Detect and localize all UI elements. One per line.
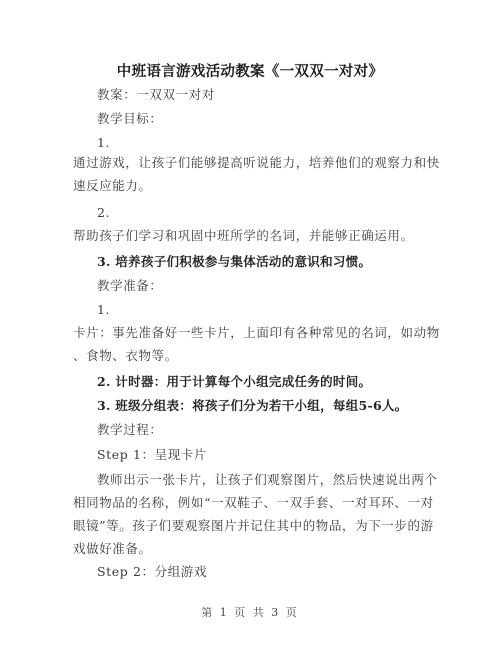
preparation-text: 卡片：事先准备好一些卡片，上面印有各种常见的名词，如动物 [73,325,418,341]
preparation-item: 2. 计时器：用于计算每个小组完成任务的时间。 [97,374,442,390]
document-page: 中班语言游戏活动教案《一双双一对对》 教案：一双双一对对 教学目标： 1. 通过… [0,0,500,647]
step-text-cont: 眼镜”等。孩子们要观察图片并记住其中的物品，为下一步的游 [73,518,418,534]
section-heading-process: 教学过程： [97,422,442,438]
step-text: 教师出示一张卡片，让孩子们观察图片，然后快速说出两个 [97,472,442,488]
step-heading: Step 2：分组游戏 [97,564,442,580]
step-text-cont: 相同物品的名称，例如“一双鞋子、一双手套、一对耳环、一对 [73,495,418,511]
objective-text-cont: 速反应能力。 [73,178,418,194]
list-number: 2. [97,205,442,221]
page-footer: 第 1 页 共 3 页 [0,604,500,620]
document-title: 中班语言游戏活动教案《一双双一对对》 [0,60,500,81]
objective-item: 3. 培养孩子们积极参与集体活动的意识和习惯。 [97,254,442,270]
list-number: 1. [97,302,442,318]
step-heading: Step 1：呈现卡片 [97,447,442,463]
preparation-item: 3. 班级分组表：将孩子们分为若干小组，每组5-6人。 [97,398,442,414]
list-number: 1. [97,135,442,151]
objective-text: 通过游戏，让孩子们能够提高听说能力，培养他们的观察力和快 [73,155,418,171]
lesson-name: 教案：一双双一对对 [97,87,442,103]
section-heading-preparation: 教学准备： [97,278,442,294]
section-heading-objectives: 教学目标： [97,111,442,127]
objective-text: 帮助孩子们学习和巩固中班所学的名词，并能够正确运用。 [73,228,418,244]
step-text-cont: 戏做好准备。 [73,541,418,557]
preparation-text-cont: 、食物、衣物等。 [73,348,418,364]
